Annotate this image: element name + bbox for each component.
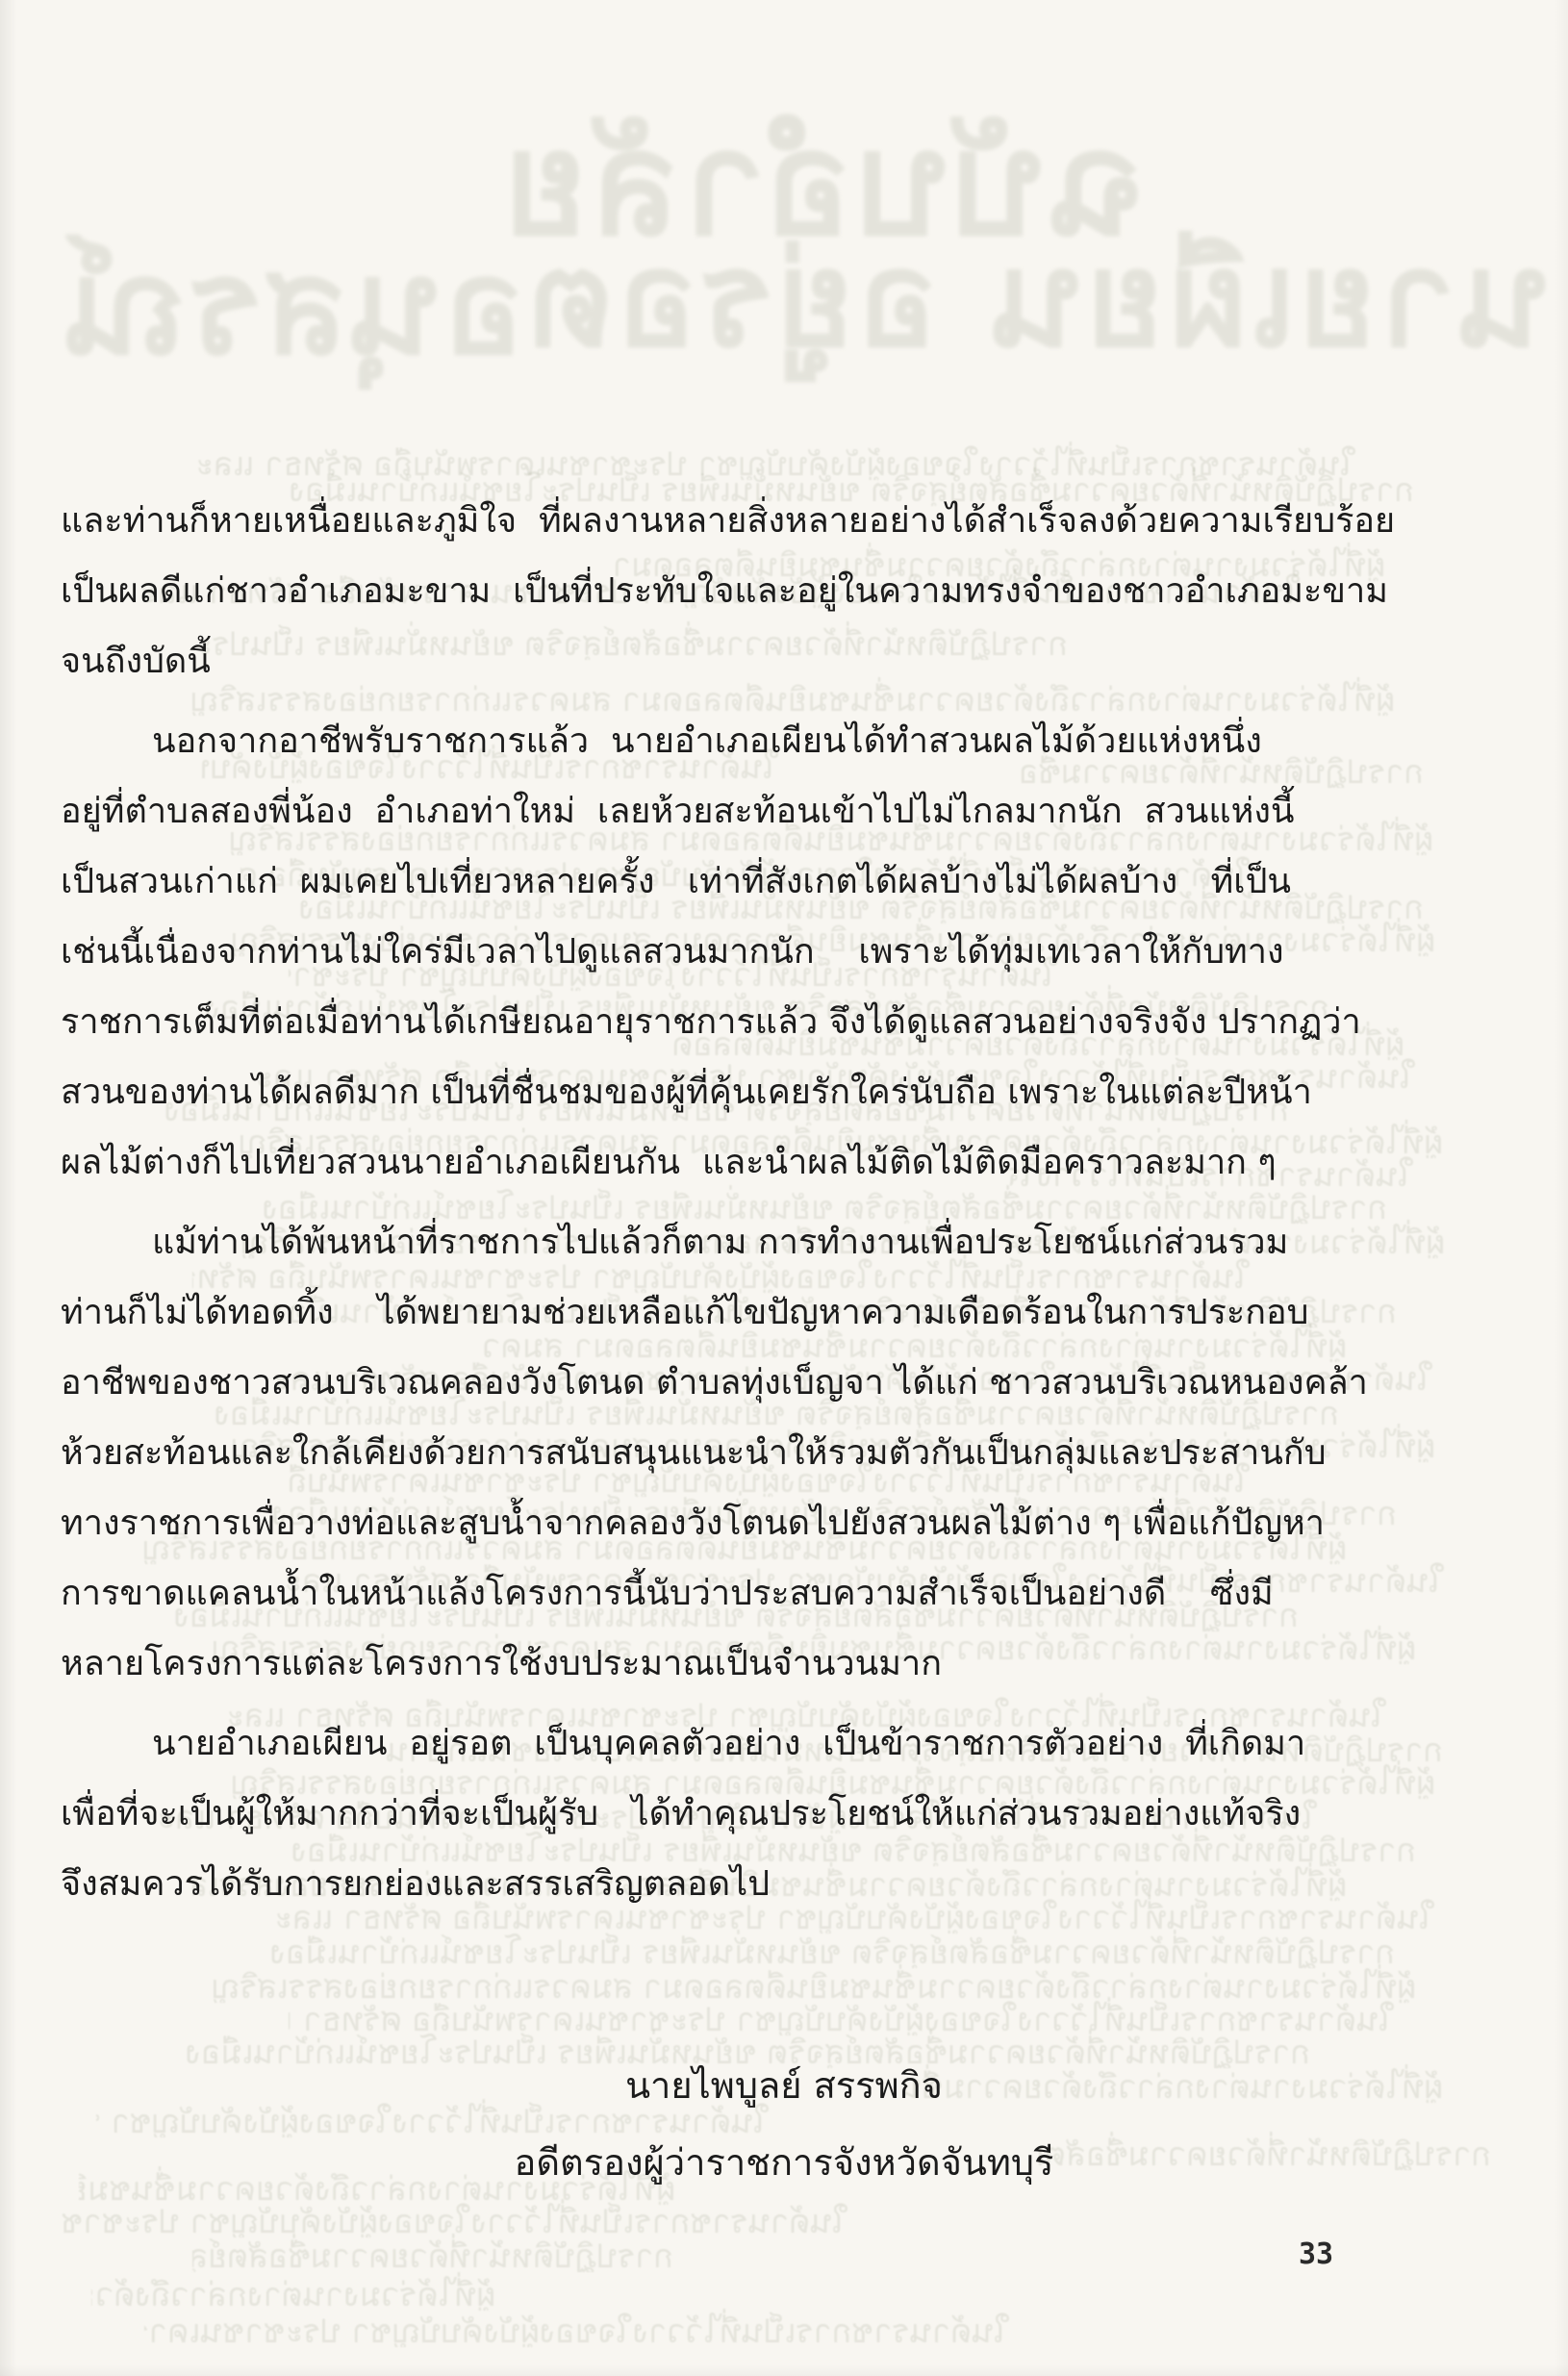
bleedthrough-line: ในด้านราชการเป็นที่ไว้วางใจของผู้บังคับบ… <box>106 438 1356 480</box>
bleedthrough-line: การปฏิบัติหน้าที่ด้วยความซื่อสัตย์สุจริต… <box>96 1926 1395 1968</box>
text-line: ทางราชการเพื่อวางท่อและสูบน้ำจากคลองวังโ… <box>61 1488 1427 1558</box>
signature-title: อดีตรองผู้ว่าราชการจังหวัดจันทบุรี <box>0 2124 1568 2201</box>
text-line: อยู่ที่ตำบลสองพี่น้อง อำเภอท่าใหม่ เลยห้… <box>61 776 1427 847</box>
bleedthrough-line: การปฏิบัติหน้าที่ด้วยความซื่อสัตย์สุจริต… <box>192 2230 673 2272</box>
bleedthrough-headline-top: ฉบับอำลัย <box>500 69 1146 298</box>
text-line: ราชการเต็มที่ต่อเมื่อท่านได้เกษียณอายุรา… <box>61 987 1427 1057</box>
text-line: จนถึงบัดนี้ <box>61 626 1427 696</box>
text-line: นายอำเภอเผียน อยู่รอต เป็นบุคคลตัวอย่าง … <box>61 1708 1427 1779</box>
text-line: แม้ท่านได้พ้นหน้าที่ราชการไปแล้วก็ตาม กา… <box>61 1207 1427 1277</box>
text-line: เพื่อที่จะเป็นผู้ให้มากกว่าที่จะเป็นผู้ร… <box>61 1779 1427 1849</box>
signature-block: นายไพบูลย์ สรรพกิจ อดีตรองผู้ว่าราชการจั… <box>0 2047 1568 2201</box>
bleedthrough-line: ผู้ที่ได้ร่วมงานต่างกล่าวถึงด้วยความชื่น… <box>91 2268 495 2311</box>
text-line: นอกจากอาชีพรับราชการแล้ว นายอำเภอเผียนได… <box>61 706 1427 776</box>
signature-name: นายไพบูลย์ สรรพกิจ <box>0 2047 1568 2124</box>
text-line: ห้วยสะท้อนและใกล้เคียงด้วยการสนับสนุนแนะ… <box>61 1418 1427 1488</box>
bleedthrough-line: ในด้านราชการเป็นที่ไว้วางใจของผู้บังคับบ… <box>144 2305 1010 2347</box>
bleedthrough-line: ในด้านราชการเป็นที่ไว้วางใจของผู้บังคับบ… <box>289 1993 1395 2035</box>
bleedthrough-headline-right: นายเผียน อยู่รอต <box>524 192 1550 404</box>
bleedthrough-headline-left: อนุสรณ์ <box>60 200 525 412</box>
text-line: เป็นผลดีแก่ชาวอำเภอมะขาม เป็นที่ประทับใจ… <box>61 556 1427 626</box>
text-line: สวนของท่านได้ผลดีมาก เป็นที่ชื่นชมของผู้… <box>61 1057 1427 1127</box>
bleedthrough-line: ผู้ที่ได้ร่วมงานต่างกล่าวถึงด้วยความชื่น… <box>69 1960 1416 2003</box>
page-number: 33 <box>1299 2237 1333 2271</box>
text-line: และท่านก็หายเหนื่อยและภูมิใจ ที่ผลงานหลา… <box>61 486 1427 556</box>
text-line: เป็นสวนเก่าแก่ ผมเคยไปเที่ยวหลายครั้ง เท… <box>61 847 1427 917</box>
text-line: จึงสมควรได้รับการยกย่องและสรรเสริญตลอดไป <box>61 1849 1427 1919</box>
text-line: หลายโครงการแต่ละโครงการใช้งบประมาณเป็นจำ… <box>61 1629 1427 1699</box>
bleedthrough-line: ในด้านราชการเป็นที่ไว้วางใจของผู้บังคับบ… <box>60 2195 848 2237</box>
text-line: การขาดแคลนน้ำในหน้าแล้งโครงการนี้นับว่าป… <box>61 1558 1427 1629</box>
text-line: เช่นนี้เนื่องจากท่านไม่ใคร่มีเวลาไปดูแลส… <box>61 917 1427 987</box>
text-line: ผลไม้ต่างก็ไปเที่ยวสวนนายอำเภอเผียนกัน แ… <box>61 1127 1427 1198</box>
text-line: อาชีพของชาวสวนบริเวณคลองวังโตนด ตำบลทุ่ง… <box>61 1348 1427 1418</box>
body-text: และท่านก็หายเหนื่อยและภูมิใจ ที่ผลงานหลา… <box>61 486 1427 1919</box>
scanned-page: ฉบับอำลัย อนุสรณ์ นายเผียน อยู่รอต ในด้า… <box>0 0 1568 2376</box>
text-line: ท่านก็ไม่ได้ทอดทิ้ง ได้พยายามช่วยเหลือแก… <box>61 1277 1427 1348</box>
